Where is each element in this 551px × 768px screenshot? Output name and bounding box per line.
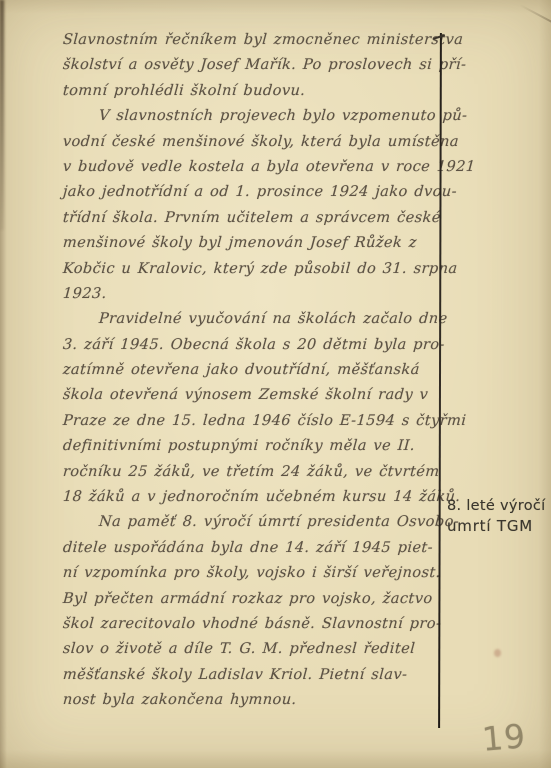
handwritten-line: škola otevřená výnosem Zemské školní rad…: [62, 382, 444, 407]
handwritten-line: v budově vedle kostela a byla otevřena v…: [62, 154, 444, 179]
margin-note-line1: 8. leté výročí: [447, 497, 547, 516]
handwritten-line: Slavnostním řečníkem byl zmocněnec minis…: [62, 27, 444, 52]
ink-spot: [494, 649, 501, 657]
margin-note-line2: umrtí TGM: [447, 516, 547, 536]
corner-crease-mark: [520, 4, 551, 27]
handwritten-line: jako jednotřídní a od 1. prosince 1924 j…: [62, 179, 444, 204]
handwritten-line: Kobčic u Kralovic, který zde působil do …: [62, 256, 444, 281]
handwritten-line: slov o životě a díle T. G. M. přednesl ř…: [62, 636, 444, 661]
page-edge-shadow: [0, 0, 4, 230]
handwritten-line: 1923.: [62, 281, 444, 306]
handwritten-line: ditele uspořádána byla dne 14. září 1945…: [62, 535, 444, 560]
handwritten-line: ročníku 25 žáků, ve třetím 24 žáků, ve č…: [62, 459, 444, 484]
handwritten-line: Pravidelné vyučování na školách začalo d…: [62, 306, 444, 331]
text-block: Slavnostním řečníkem byl zmocněnec minis…: [62, 27, 442, 713]
margin-note: 8. leté výročí umrtí TGM: [447, 497, 547, 536]
handwritten-line: školství a osvěty Josef Mařík. Po proslo…: [62, 52, 444, 77]
handwritten-line: ní vzpomínka pro školy, vojsko i širší v…: [62, 560, 444, 585]
handwritten-line: menšinové školy byl jmenován Josef Růžek…: [62, 230, 444, 255]
handwritten-line: definitivními postupnými ročníky měla ve…: [62, 433, 444, 458]
handwritten-line: Praze ze dne 15. ledna 1946 číslo E-1594…: [62, 408, 444, 433]
handwritten-line: Na paměť 8. výročí úmrtí presidenta Osvo…: [62, 509, 444, 534]
page-number-stamp: 19: [480, 716, 527, 759]
handwritten-line: vodní české menšinové školy, která byla …: [62, 129, 444, 154]
handwritten-line: Byl přečten armádní rozkaz pro vojsko, ž…: [62, 586, 444, 611]
handwritten-line: zatímně otevřena jako dvoutřídní, měšťan…: [62, 357, 444, 382]
handwritten-line: škol zarecitovalo vhodné básně. Slavnost…: [62, 611, 444, 636]
chronicle-page: Slavnostním řečníkem byl zmocněnec minis…: [0, 0, 551, 768]
handwritten-line: třídní škola. Prvním učitelem a správcem…: [62, 205, 444, 230]
handwritten-line: 18 žáků a v jednoročním učebném kursu 14…: [62, 484, 444, 509]
handwritten-line: měšťanské školy Ladislav Kriol. Pietní s…: [62, 662, 444, 687]
handwritten-line: 3. září 1945. Obecná škola s 20 dětmi by…: [62, 332, 444, 357]
handwritten-line: V slavnostních projevech bylo vzpomenuto…: [62, 103, 444, 128]
handwritten-line: tomní prohlédli školní budovu.: [62, 78, 444, 103]
handwritten-line: nost byla zakončena hymnou.: [62, 687, 444, 712]
